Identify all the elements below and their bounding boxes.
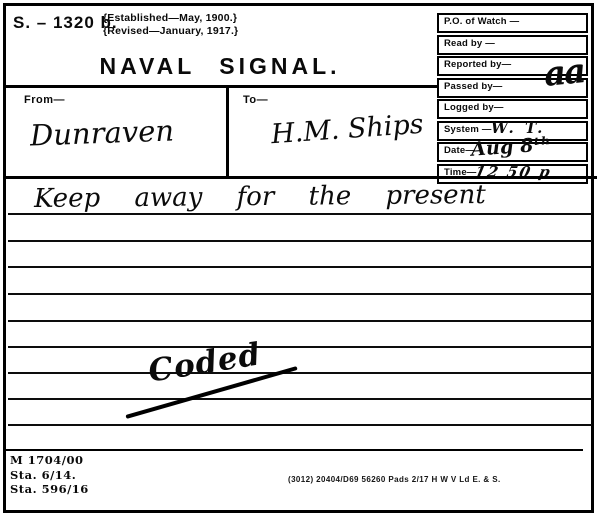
to-cell: To— H.M. Ships [229,88,437,176]
from-cell: From— Dunraven [6,88,229,176]
form-edition-notes: {Established—May, 1900.} {Revised—Januar… [103,12,238,38]
routing-row-logged-by: Logged by— [437,99,588,119]
routing-row-date: Date— Aug 8ᵗʰ [437,142,588,162]
footer-reference-block: M 1704/00 Sta. 6/14. Sta. 596/16 [10,453,89,497]
footer-reference-line: M 1704/00 [10,453,89,468]
footer-divider-rule [3,449,583,451]
page-title: NAVAL SIGNAL. [40,53,400,80]
passed-by-initials-handwriting: aa [542,51,586,95]
routing-row-label: Logged by— [444,102,504,113]
routing-row-po-of-watch: P.O. of Watch — [437,13,588,33]
to-label: To— [243,94,437,106]
ruled-line [8,240,592,242]
routing-row-label: Reported by— [444,59,511,70]
routing-row-label: Passed by— [444,81,503,92]
from-handwritten-value: Dunraven [29,113,174,152]
routing-row-label: System — [444,124,492,135]
footer-reference-line: Sta. 6/14. [10,468,89,483]
ruled-line [8,372,592,374]
signal-message-handwriting: Keep away for the present [34,180,486,214]
parties-bottom-rule [3,176,597,179]
form-number: S. – 1320 b. [13,13,118,33]
to-handwritten-value: H.M. Ships [270,109,424,151]
printer-imprint-code: (3012) 20404/D69 56260 Pads 2/17 H W V L… [288,475,501,484]
ruled-line [8,424,592,426]
routing-box: P.O. of Watch — Read by — Reported by— P… [437,13,588,185]
ruled-line [8,266,592,268]
ruled-line [8,320,592,322]
revised-note: {Revised—January, 1917.} [103,25,238,38]
from-label: From— [24,94,226,106]
routing-row-read-by: Read by — [437,35,588,55]
routing-row-label: P.O. of Watch — [444,16,519,27]
naval-signal-form: S. – 1320 b. {Established—May, 1900.} {R… [0,0,600,519]
ruled-line [8,346,592,348]
established-note: {Established—May, 1900.} [103,12,238,25]
ruled-line [8,398,592,400]
date-handwritten-value: Aug 8ᵗʰ [470,133,551,161]
ruled-line [8,293,592,295]
parties-section: From— Dunraven To— H.M. Ships [6,88,437,176]
routing-row-label: Read by — [444,38,495,49]
footer-reference-line: Sta. 596/16 [10,482,89,497]
